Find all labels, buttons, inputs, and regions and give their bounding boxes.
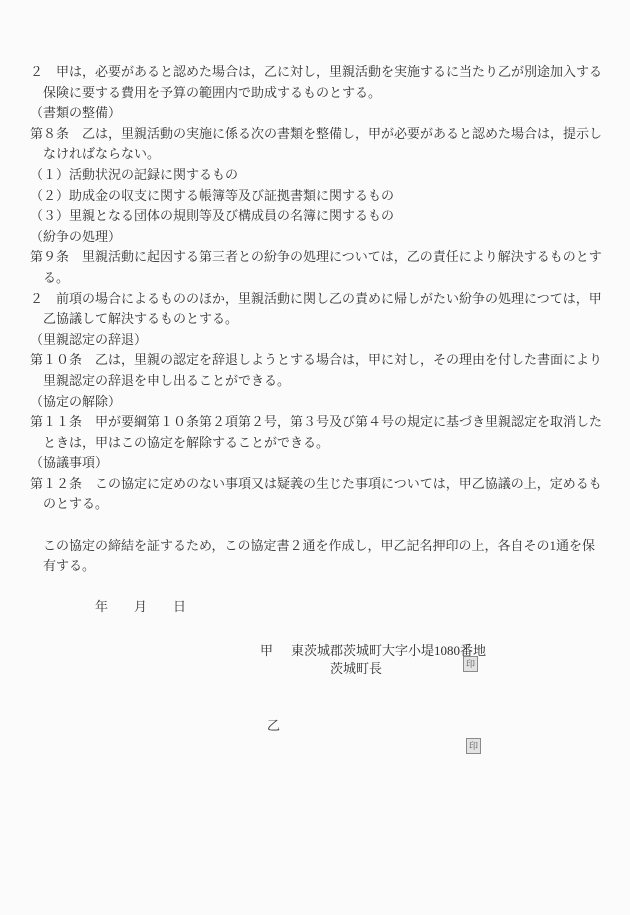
clause-line: 乙協議して解決するものとする。 (30, 309, 612, 330)
clause-line: 第１１条 甲が要綱第１０条第２項第２号，第３号及び第４号の規定に基づき里親認定を… (30, 412, 612, 433)
blank-line (30, 515, 612, 536)
contract-page: ２ 甲は，必要があると認めた場合は，乙に対し，里親活動を実施するに当たり乙が別途… (0, 0, 630, 915)
seal-stamp-a: 印 (463, 656, 478, 672)
clause-line: 第１０条 乙は，里親の認定を辞退しようとする場合は，甲に対し，その理由を付した書… (30, 350, 612, 371)
section-heading: （書類の整備） (30, 103, 612, 124)
clause-line: なければならない。 (30, 144, 612, 165)
list-item: （３）里親となる団体の規則等及び構成員の名簿に関するもの (30, 206, 612, 227)
party-b-label: 乙 (267, 718, 280, 733)
date-line: 年 月 日 (30, 597, 612, 618)
clause-line: 里親認定の辞退を申し出ることができる。 (30, 371, 612, 392)
section-heading: （協議事項） (30, 453, 612, 474)
party-a-title: 茨城町長 (330, 661, 382, 676)
clause-line: 保険に要する費用を予算の範囲内で助成するものとする。 (30, 83, 612, 104)
party-a-address: 東茨城郡茨城町大字小堤1080番地 (291, 643, 486, 658)
blank-line (30, 577, 612, 598)
section-heading: （里親認定の辞退） (30, 330, 612, 351)
list-item: （２）助成金の収支に関する帳簿等及び証拠書類に関するもの (30, 186, 612, 207)
clause-line: ときは，甲はこの協定を解除することができる。 (30, 433, 612, 454)
contract-body: ２ 甲は，必要があると認めた場合は，乙に対し，里親活動を実施するに当たり乙が別途… (30, 62, 612, 618)
clause-line: る。 (30, 268, 612, 289)
section-heading: （協定の解除） (30, 392, 612, 413)
seal-stamp-b: 印 (466, 738, 481, 754)
clause-line: 第１２条 この協定に定めのない事項又は疑義の生じた事項については，甲乙協議の上，… (30, 474, 612, 495)
party-a-label: 甲 (260, 643, 273, 658)
clause-line: ２ 甲は，必要があると認めた場合は，乙に対し，里親活動を実施するに当たり乙が別途… (30, 62, 612, 83)
party-a-title-row: 茨城町長 (330, 659, 382, 679)
closing-line: 有する。 (30, 556, 612, 577)
clause-line: 第９条 里親活動に起因する第三者との紛争の処理については，乙の責任により解決する… (30, 247, 612, 268)
clause-line: 第８条 乙は，里親活動の実施に係る次の書類を整備し，甲が必要があると認めた場合は… (30, 124, 612, 145)
closing-line: この協定の締結を証するため，この協定書２通を作成し，甲乙記名押印の上，各自その1… (30, 536, 612, 557)
clause-line: のとする。 (30, 494, 612, 515)
section-heading: （紛争の処理） (30, 227, 612, 248)
party-a-address-row: 甲東茨城郡茨城町大字小堤1080番地 (260, 641, 486, 661)
party-b-row: 乙 (267, 716, 280, 736)
list-item: （１）活動状況の記録に関するもの (30, 165, 612, 186)
clause-line: ２ 前項の場合によるもののほか，里親活動に関し乙の責めに帰しがたい紛争の処理につ… (30, 289, 612, 310)
